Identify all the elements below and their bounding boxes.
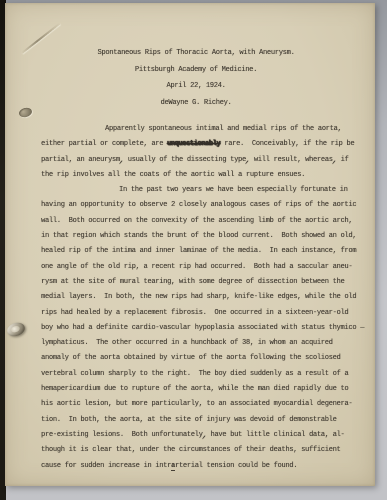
paragraph2-line: having an opportunity to observe 2 close…: [41, 198, 351, 213]
paragraph2-line: one angle of the old rip, a recent rip h…: [41, 260, 351, 275]
text-segment: pre-existing lesions. Both unfortunately: [41, 431, 203, 439]
document-title: Spontaneous Rips of Thoracic Aorta, with…: [41, 45, 351, 62]
paragraph2-line: though it is clear that, under the circu…: [41, 443, 351, 458]
paragraph2-line: healed rip of the intima and inner lamin…: [41, 244, 351, 259]
document-date: April 22, 1924.: [41, 78, 351, 95]
text-segment: cause for sudden increase in intr: [41, 462, 171, 470]
text-segment: partial, an aneurysm: [41, 156, 120, 164]
page-content: Spontaneous Rips of Thoracic Aorta, with…: [41, 45, 351, 474]
text-segment: rterial tension could be found.: [175, 462, 297, 470]
text-segment: have but little clinical data, al-: [207, 431, 345, 439]
paragraph2-line: rysm at the site of mural tearing, with …: [41, 275, 351, 290]
paragraph2-line: wall. Both occurred on the convexity of …: [41, 214, 351, 229]
paragraph2-line: hemapericardium due to rupture of the ao…: [41, 382, 351, 397]
paragraph2-line: vertebral column sharply to the right. T…: [41, 367, 351, 382]
paragraph2-line: tion. In both, the aorta, at the site of…: [41, 413, 351, 428]
paragraph2-line: rips had healed by a replacement fibrosi…: [41, 306, 351, 321]
text-segment: usually of the dissecting type: [124, 156, 246, 164]
paragraph2-line: in that region which stands the brunt of…: [41, 229, 351, 244]
paragraph2-line: anomaly of the aorta obtained by virtue …: [41, 351, 351, 366]
document-organization: Pittsburgh Academy of Medicine.: [41, 62, 351, 79]
paragraph1-line: Apparently spontaneous intimal and media…: [41, 122, 351, 137]
text-segment: rare. Conceivably, if the rip be: [220, 140, 354, 148]
text-segment: will result, whereas: [250, 156, 333, 164]
paragraph2-line: pre-existing lesions. Both unfortunately…: [41, 428, 351, 443]
paper-hole-mark: [18, 106, 33, 118]
document-heading: Spontaneous Rips of Thoracic Aorta, with…: [41, 45, 351, 111]
paragraph2-line: cause for sudden increase in intrarteria…: [41, 459, 351, 474]
paragraph2-line: In the past two years we have been espec…: [41, 183, 351, 198]
paragraph2-line: medial layers. In both, the new rips had…: [41, 290, 351, 305]
typewritten-page: Spontaneous Rips of Thoracic Aorta, with…: [5, 3, 375, 486]
paragraph1-line: partial, an aneurysm, usually of the dis…: [41, 153, 351, 168]
paper-clip-mark: [5, 321, 26, 339]
text-segment: either partial or complete, are: [41, 140, 167, 148]
paragraph1-line: either partial or complete, are unquesti…: [41, 137, 351, 152]
paragraph1-line: the rip involves all the coats of the ao…: [41, 168, 351, 183]
paragraph2-line: boy who had a definite cardio-vascular h…: [41, 321, 351, 336]
struck-out-word: unquestionably: [167, 140, 220, 148]
document-author: deWayne G. Richey.: [41, 95, 351, 112]
paragraph2-line: his aortic lesion, but more particularly…: [41, 397, 351, 412]
paragraph2-line: lymphaticus. The other occurred in a hun…: [41, 336, 351, 351]
